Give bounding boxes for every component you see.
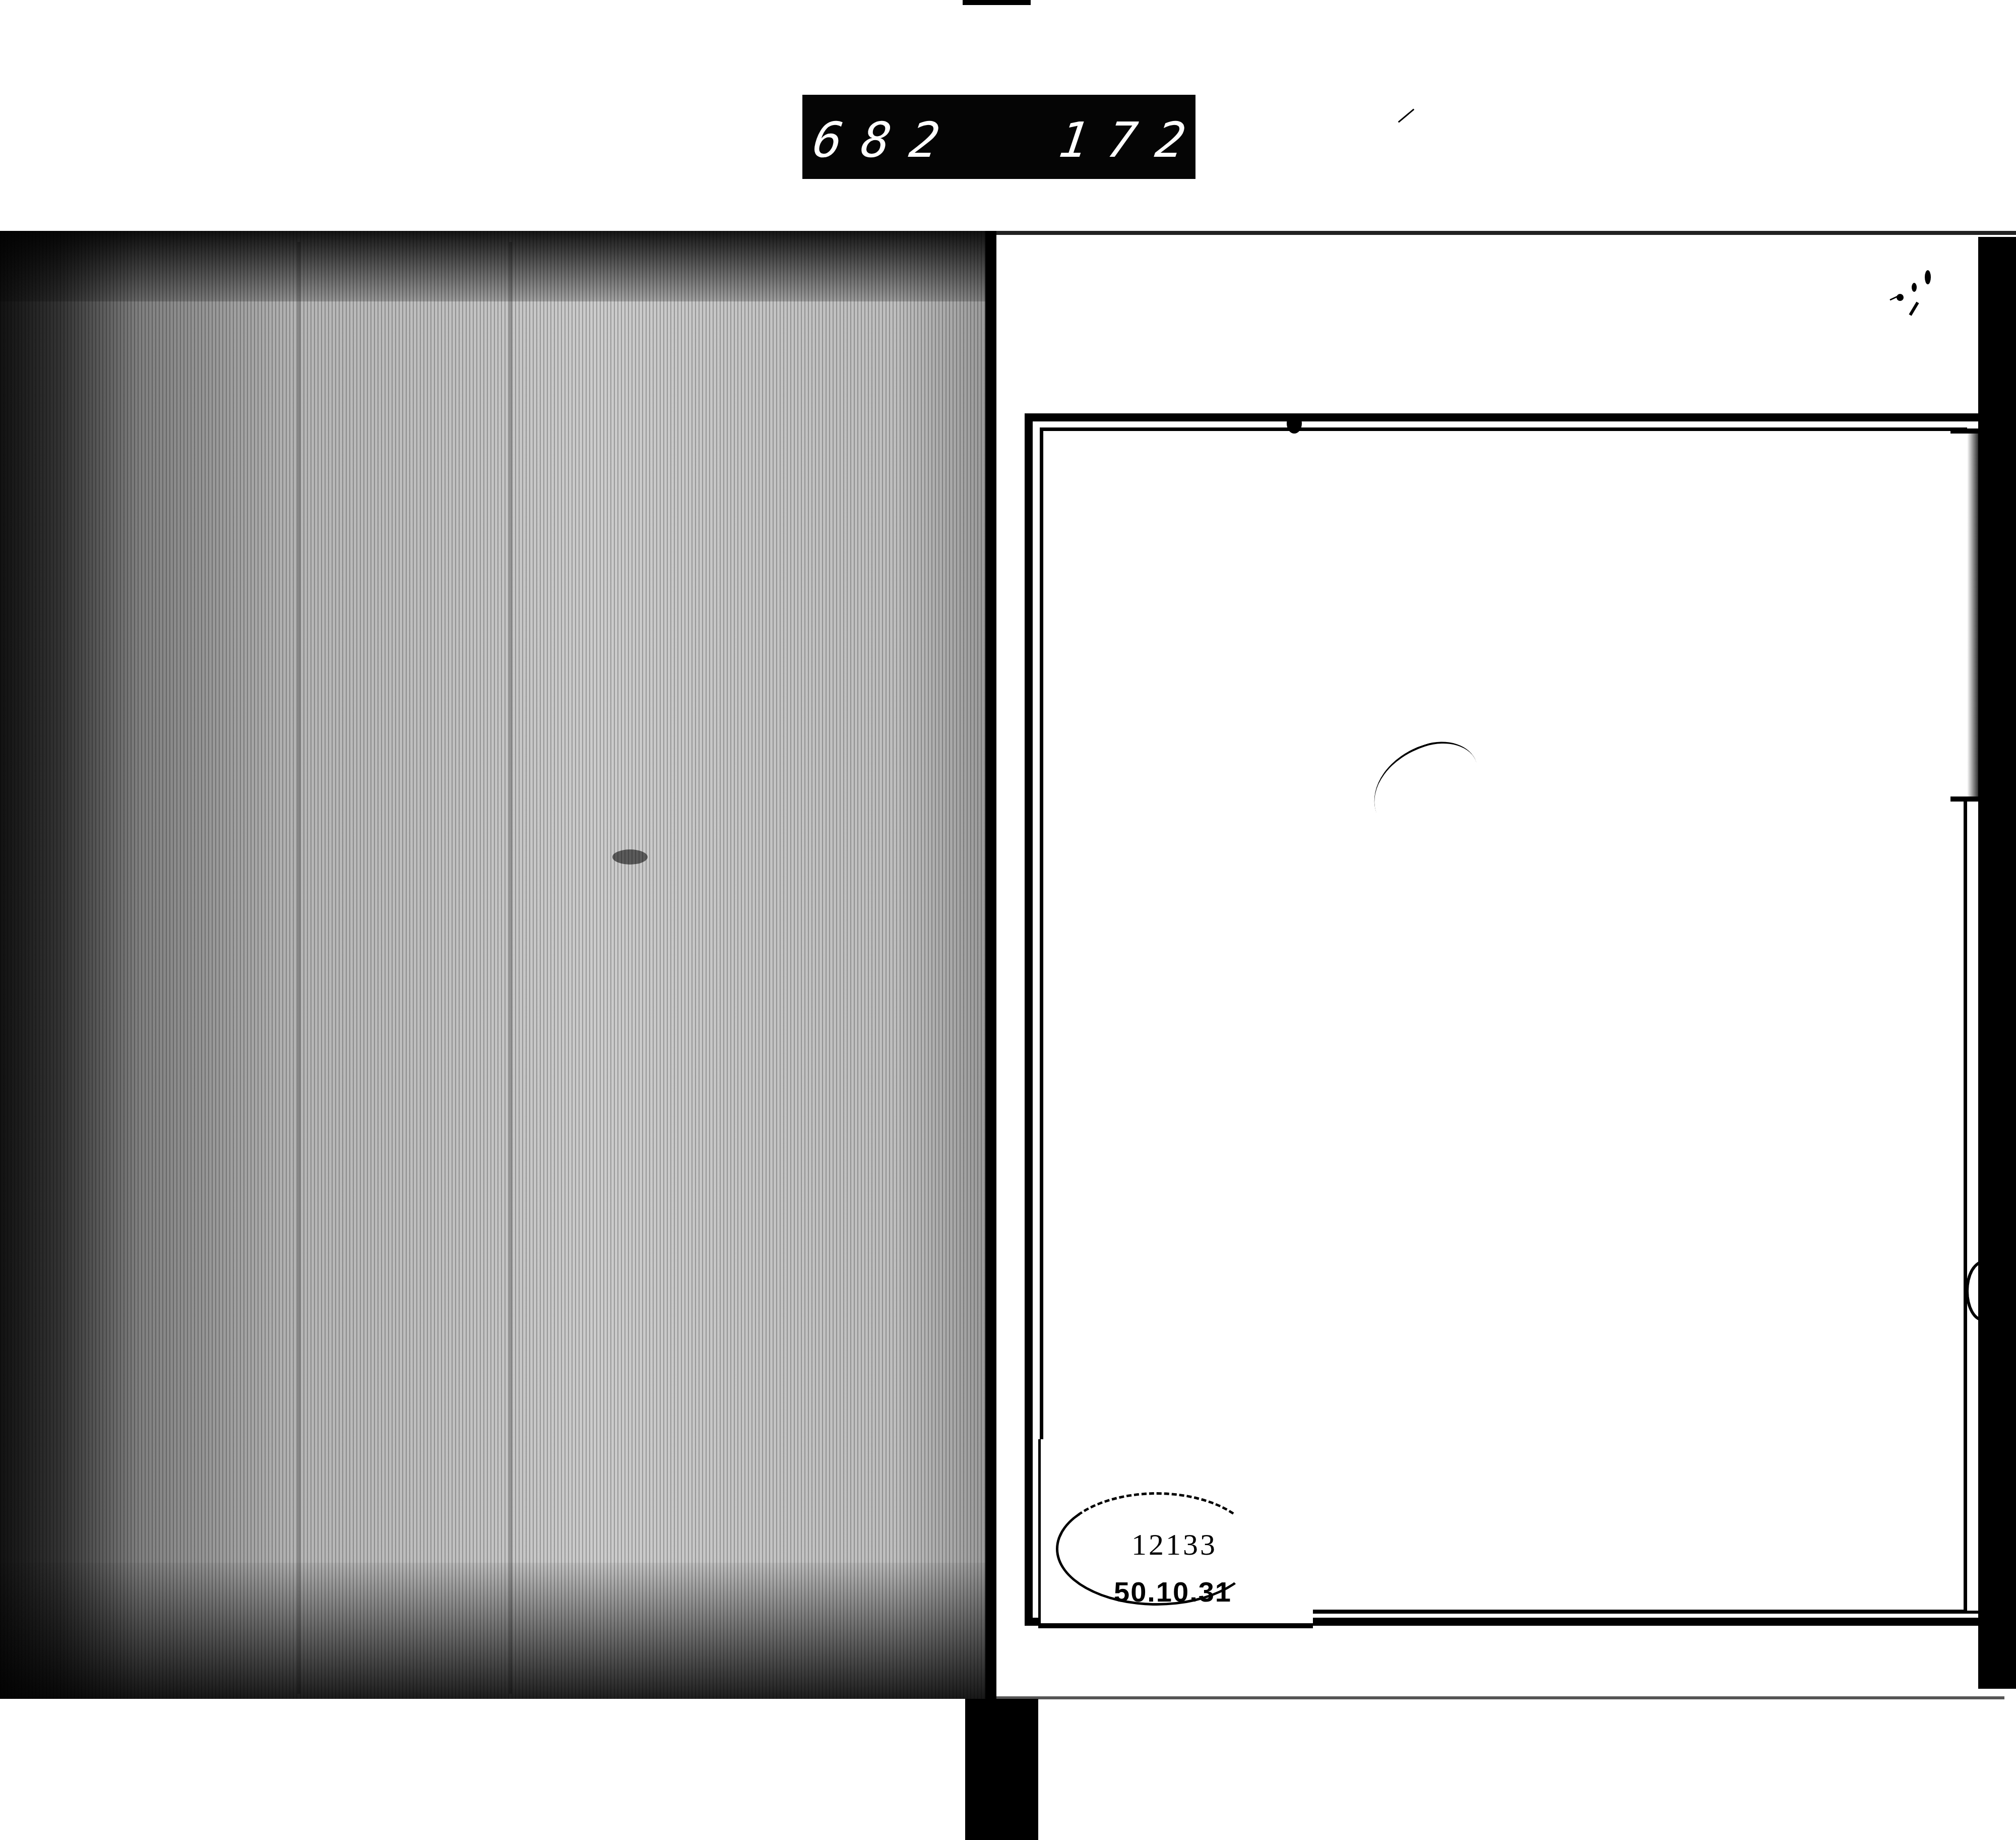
left-page xyxy=(0,231,995,1699)
stamp-date: 50.10.31 xyxy=(1114,1575,1232,1608)
book-spine-edge xyxy=(1978,237,2016,1689)
left-page-bottom-shadow xyxy=(0,1563,995,1699)
ink-specks-icon xyxy=(1880,262,1940,323)
page-frame-inner xyxy=(1040,427,1967,1613)
fold-line xyxy=(297,242,300,1694)
scratch-mark xyxy=(1398,108,1415,122)
gutter-line xyxy=(985,231,996,1699)
title-slip xyxy=(1950,428,1981,802)
reel-number: 682 xyxy=(810,116,962,164)
ink-blot xyxy=(612,849,648,865)
fold-line xyxy=(509,242,512,1694)
page-frame-bottom-rule xyxy=(1310,1611,1981,1626)
film-edge-mark xyxy=(963,0,1031,5)
ink-dot xyxy=(1287,413,1302,434)
left-page-top-shadow xyxy=(0,231,995,301)
film-edge-block xyxy=(965,1699,1038,1840)
frame-number: 172. xyxy=(1056,116,1256,164)
right-page-bottom-edge xyxy=(996,1696,2004,1699)
stamp-accession-number: 12133 xyxy=(1131,1527,1217,1562)
ring-mark xyxy=(1966,1260,2002,1322)
frame-number-plate: 682 172. xyxy=(802,95,1195,179)
